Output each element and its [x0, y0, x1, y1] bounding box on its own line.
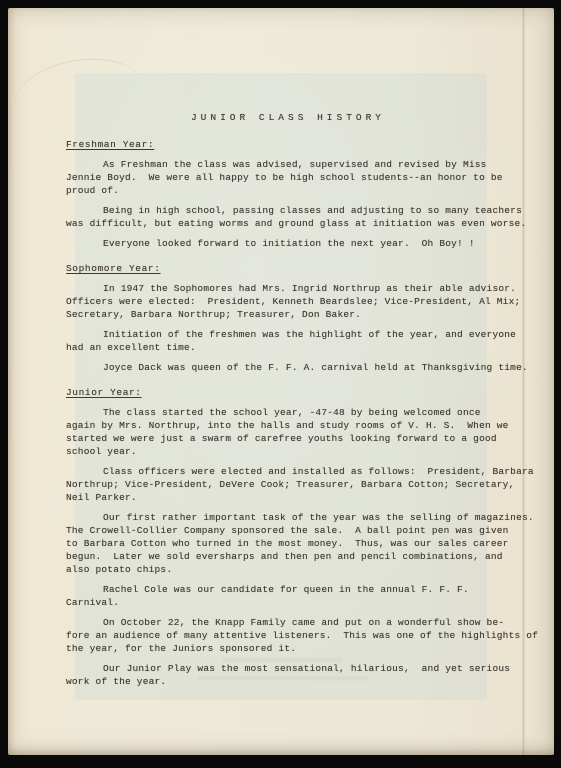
paragraph: In 1947 the Sophomores had Mrs. Ingrid N…	[66, 282, 536, 321]
paragraph: On October 22, the Knapp Family came and…	[66, 616, 536, 655]
paragraph: Our first rather important task of the y…	[66, 511, 536, 576]
page-title: JUNIOR CLASS HISTORY	[66, 111, 536, 125]
section-heading: Junior Year:	[66, 386, 536, 399]
paragraph: Initiation of the freshmen was the highl…	[66, 328, 536, 354]
paragraph: Our Junior Play was the most sensational…	[66, 662, 536, 688]
paragraph: As Freshman the class was advised, super…	[66, 158, 536, 197]
paragraph: Everyone looked forward to initiation th…	[66, 237, 536, 250]
scan-background: JUNIOR CLASS HISTORY Freshman Year: As F…	[0, 0, 561, 768]
section-heading: Freshman Year:	[66, 138, 536, 151]
typewritten-text: JUNIOR CLASS HISTORY Freshman Year: As F…	[66, 111, 536, 688]
paragraph: Class officers were elected and installe…	[66, 465, 536, 504]
paragraph: Rachel Cole was our candidate for queen …	[66, 583, 536, 609]
section-sophomore-year: Sophomore Year: In 1947 the Sophomores h…	[66, 262, 536, 374]
paragraph: Joyce Dack was queen of the F. F. A. car…	[66, 361, 536, 374]
paragraph: Being in high school, passing classes an…	[66, 204, 536, 230]
section-freshman-year: Freshman Year: As Freshman the class was…	[66, 138, 536, 250]
document-page: JUNIOR CLASS HISTORY Freshman Year: As F…	[8, 8, 554, 755]
section-junior-year: Junior Year: The class started the schoo…	[66, 386, 536, 688]
section-heading: Sophomore Year:	[66, 262, 536, 275]
paragraph: The class started the school year, -47-4…	[66, 406, 536, 458]
